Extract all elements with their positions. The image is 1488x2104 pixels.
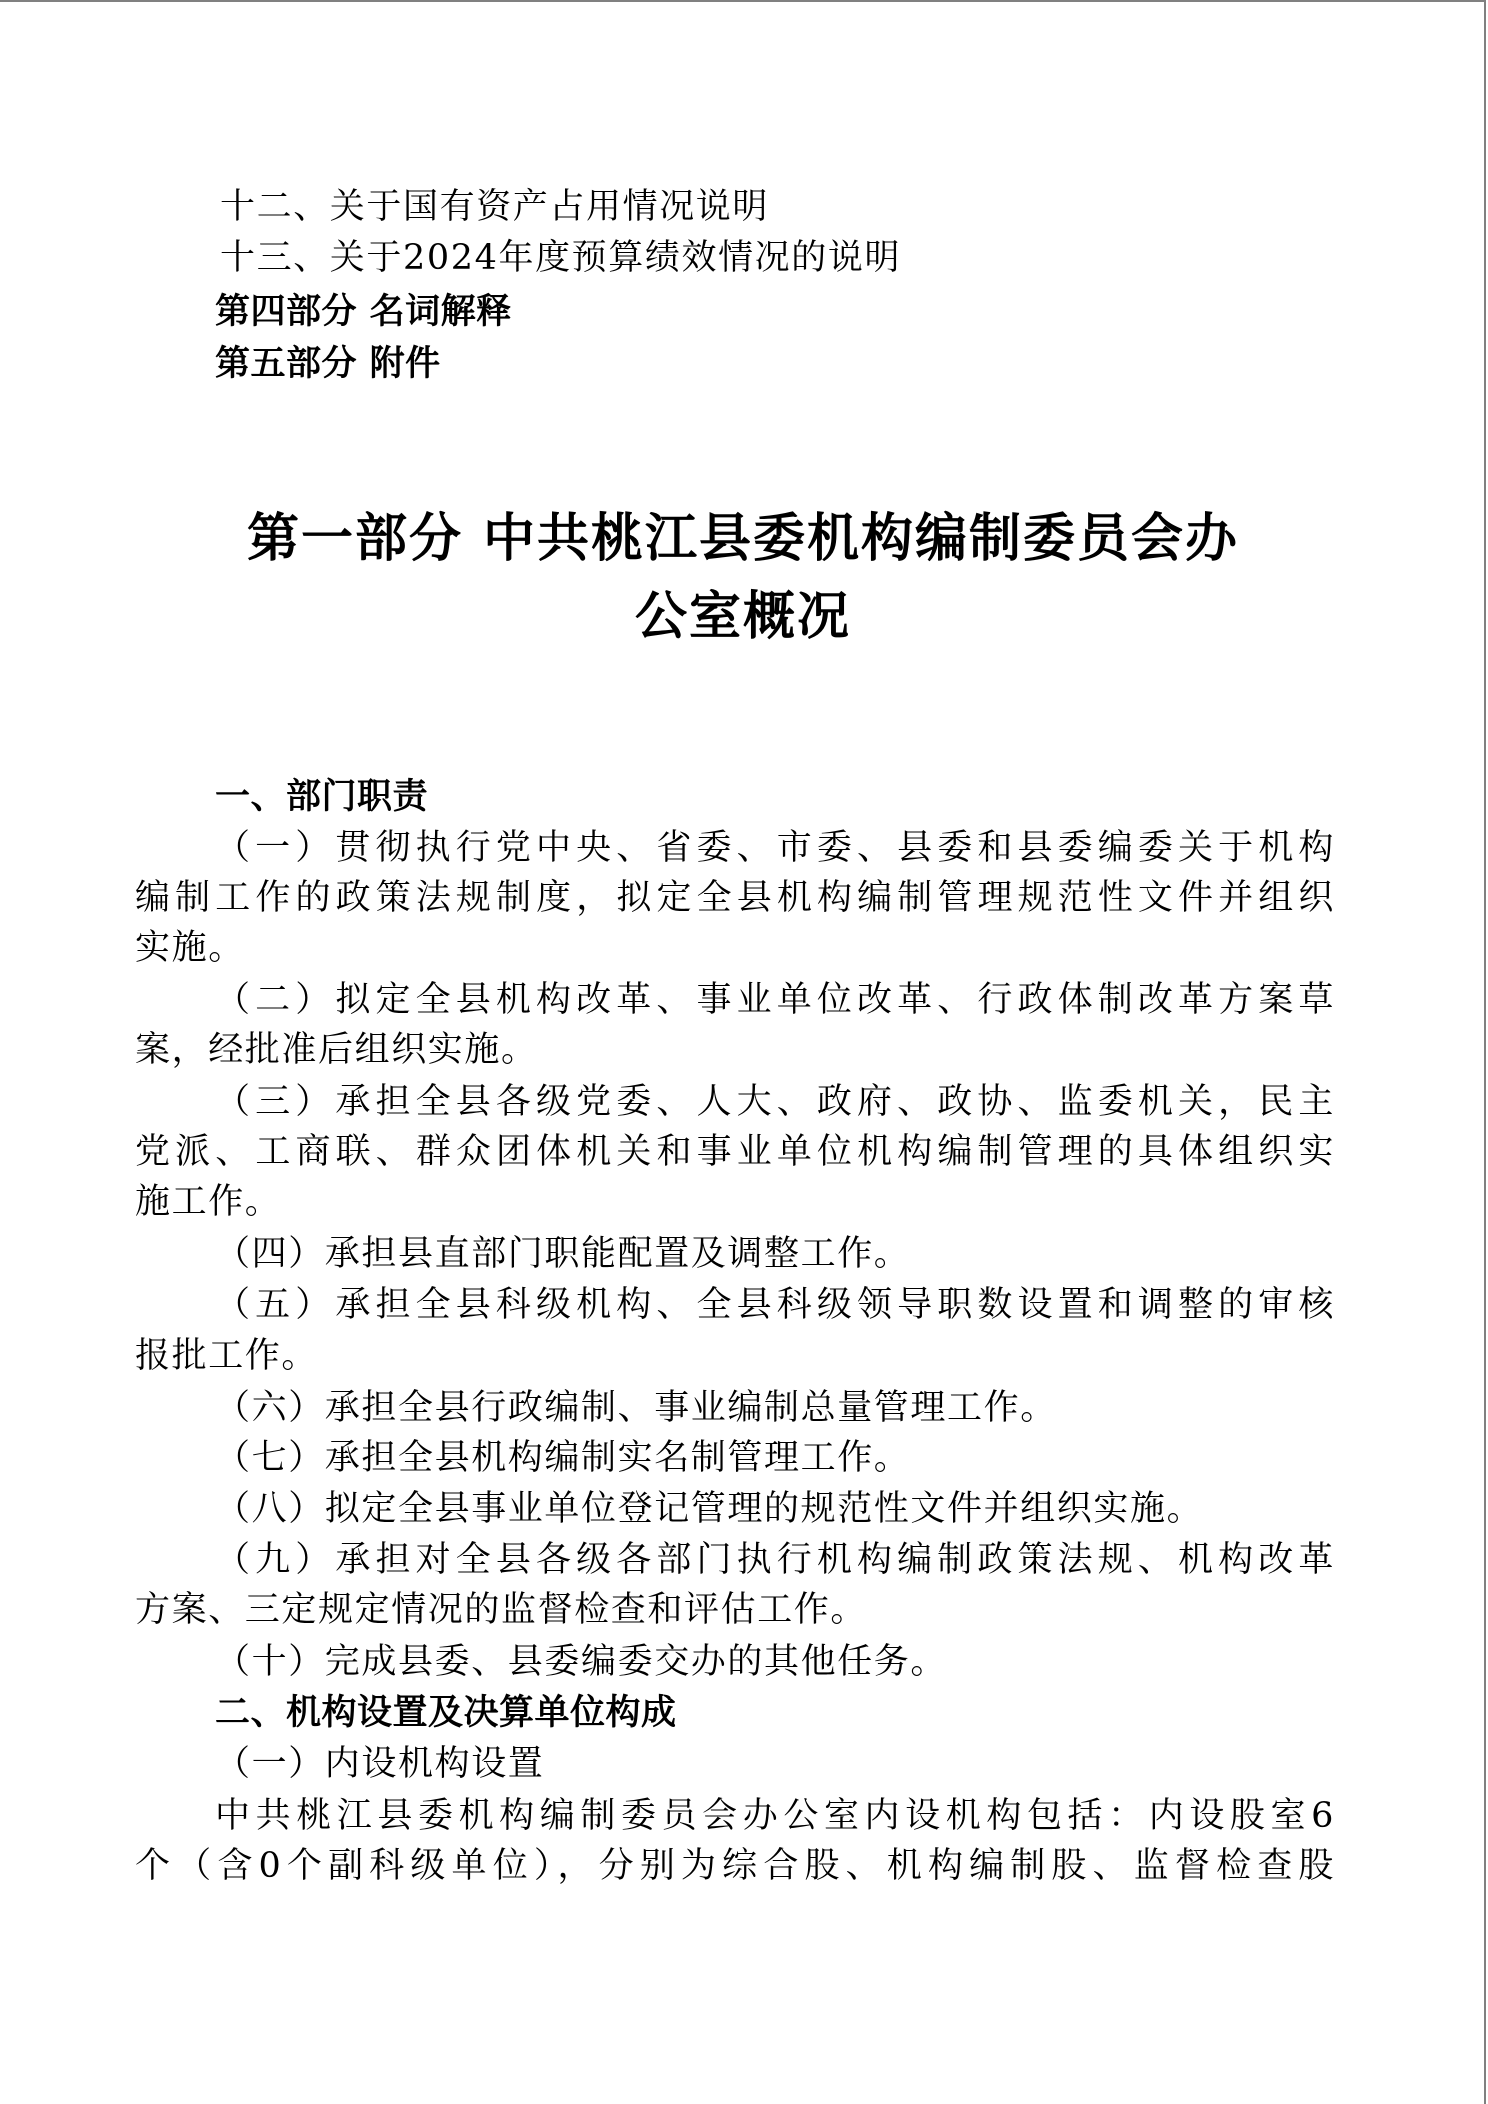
toc-item-12: 十二、关于国有资产占用情况说明 [220, 187, 769, 227]
duty-item-1-line-3: 实施。 [135, 928, 1335, 968]
duty-item-2-line-2: 案，经批准后组织实施。 [135, 1030, 1335, 1070]
section-heading-duties: 一、部门职责 [215, 777, 428, 817]
duty-item-9-line-1: （九）承担对全县各级各部门执行机构编制政策法规、机构改革 [135, 1540, 1335, 1580]
toc-item-13: 十三、关于2024年度预算绩效情况的说明 [220, 238, 901, 278]
duty-item-1-line-2: 编制工作的政策法规制度，拟定全县机构编制管理规范性文件并组织 [135, 878, 1335, 918]
toc-part-4: 第四部分 名词解释 [215, 292, 512, 332]
section-heading-structure: 二、机构设置及决算单位构成 [215, 1693, 677, 1733]
document-page: 十二、关于国有资产占用情况说明 十三、关于2024年度预算绩效情况的说明 第四部… [0, 0, 1486, 2104]
duty-item-10: （十）完成县委、县委编委交办的其他任务。 [135, 1642, 1335, 1682]
duty-item-4: （四）承担县直部门职能配置及调整工作。 [135, 1234, 1335, 1274]
duty-item-2-line-1: （二）拟定全县机构改革、事业单位改革、行政体制改革方案草 [135, 980, 1335, 1020]
duty-item-7: （七）承担全县机构编制实名制管理工作。 [135, 1438, 1335, 1478]
duty-item-5-line-1: （五）承担全县科级机构、全县科级领导职数设置和调整的审核 [135, 1285, 1335, 1325]
toc-part-5: 第五部分 附件 [215, 344, 441, 384]
duty-item-1-line-1: （一）贯彻执行党中央、省委、市委、县委和县委编委关于机构 [135, 828, 1335, 868]
duty-item-8: （八）拟定全县事业单位登记管理的规范性文件并组织实施。 [135, 1489, 1335, 1529]
duty-item-6: （六）承担全县行政编制、事业编制总量管理工作。 [135, 1388, 1335, 1428]
internal-units-paragraph-line-2: 个（含0个副科级单位），分别为综合股、机构编制股、监督检查股 [135, 1846, 1335, 1886]
part-title-line-1: 第一部分 中共桃江县委机构编制委员会办 [0, 504, 1486, 574]
internal-units-paragraph-line-1: 中共桃江县委机构编制委员会办公室内设机构包括：内设股室6 [135, 1796, 1335, 1836]
duty-item-3-line-3: 施工作。 [135, 1182, 1335, 1222]
duty-item-5-line-2: 报批工作。 [135, 1336, 1335, 1376]
duty-item-9-line-2: 方案、三定规定情况的监督检查和评估工作。 [135, 1590, 1335, 1630]
duty-item-3-line-1: （三）承担全县各级党委、人大、政府、政协、监委机关，民主 [135, 1082, 1335, 1122]
part-title-line-2: 公室概况 [0, 582, 1486, 652]
subsection-internal-units: （一）内设机构设置 [135, 1744, 1335, 1784]
duty-item-3-line-2: 党派、工商联、群众团体机关和事业单位机构编制管理的具体组织实 [135, 1132, 1335, 1172]
